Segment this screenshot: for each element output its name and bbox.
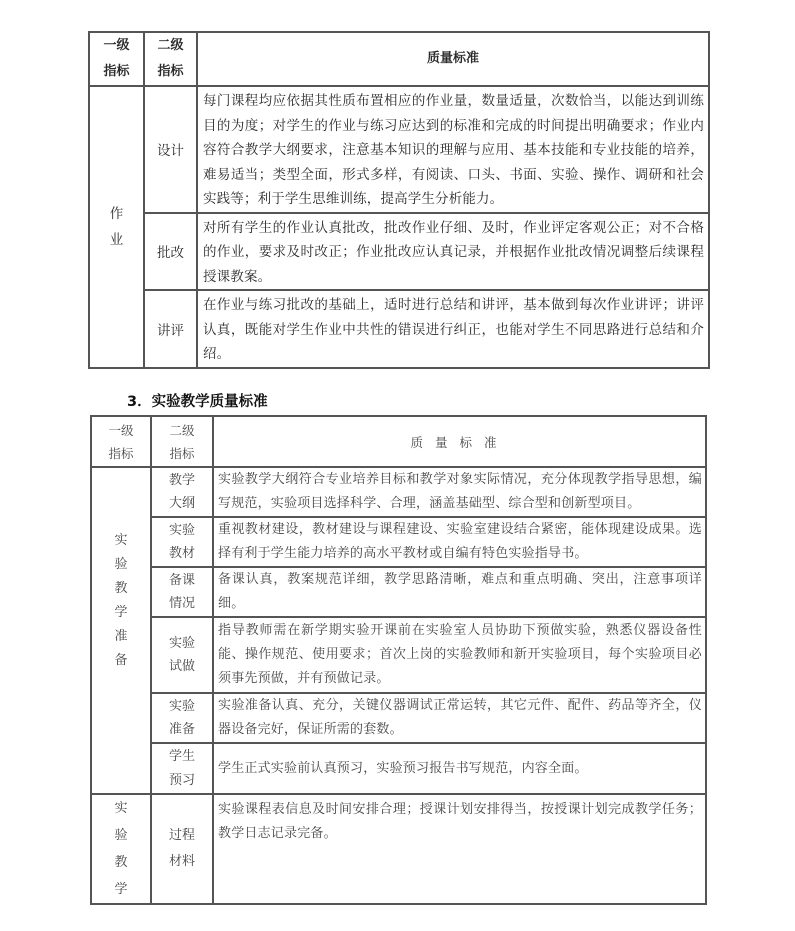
level2-cell: 备课 情况 [151, 567, 213, 617]
lab-teaching-standards-table: 一级 指标 二级 指标 质量标准 实 验 教 学 准 备 教学 大纲 实验教学大… [90, 415, 707, 905]
standard-cell: 实验课程表信息及时间安排合理；授课计划安排得当，按授课计划完成教学任务；教学日志… [213, 794, 706, 904]
standard-cell: 备课认真，教案规范详细，教学思路清晰，难点和重点明确、突出，注意事项详细。 [213, 567, 706, 617]
table-row: 备课 情况 备课认真，教案规范详细，教学思路清晰，难点和重点明确、突出，注意事项… [91, 567, 706, 617]
table-header-row: 一级 指标 二级 指标 质量标准 [89, 32, 709, 86]
level2-cell: 讲评 [144, 290, 197, 368]
standard-cell: 实验准备认真、充分，关键仪器调试正常运转，其它元件、配件、药品等齐全，仪器设备完… [213, 693, 706, 743]
table-row: 实 验 教 学 准 备 教学 大纲 实验教学大纲符合专业培养目标和教学对象实际情… [91, 467, 706, 517]
table-row: 实 验 教 学 过程 材料 实验课程表信息及时间安排合理；授课计划安排得当，按授… [91, 794, 706, 904]
header-level2: 二级 指标 [144, 32, 197, 86]
header-level1: 一级 指标 [89, 32, 144, 86]
table-row: 学生 预习 学生正式实验前认真预习，实验预习报告书写规范，内容全面。 [91, 743, 706, 794]
table-row: 作 业 设计 每门课程均应依据其性质布置相应的作业量，数量适量，次数恰当，以能达… [89, 86, 709, 213]
level2-cell: 实验 试做 [151, 617, 213, 693]
header-level2: 二级 指标 [151, 416, 213, 467]
table-row: 实验 准备 实验准备认真、充分，关键仪器调试正常运转，其它元件、配件、药品等齐全… [91, 693, 706, 743]
level1-cell: 作 业 [89, 86, 144, 368]
table-row: 实验 试做 指导教师需在新学期实验开课前在实验室人员协助下预做实验，熟悉仪器设备… [91, 617, 706, 693]
level2-cell: 实验 教材 [151, 517, 213, 567]
table-row: 讲评 在作业与练习批改的基础上，适时进行总结和讲评，基本做到每次作业讲评；讲评认… [89, 290, 709, 368]
standard-cell: 重视教材建设，教材建设与课程建设、实验室建设结合紧密，能体现建设成果。选择有利于… [213, 517, 706, 567]
standard-cell: 指导教师需在新学期实验开课前在实验室人员协助下预做实验，熟悉仪器设备性能、操作规… [213, 617, 706, 693]
standard-cell: 在作业与练习批改的基础上，适时进行总结和讲评，基本做到每次作业讲评；讲评认真，既… [197, 290, 709, 368]
standard-cell: 对所有学生的作业认真批改，批改作业仔细、及时，作业评定客观公正；对不合格的作业，… [197, 213, 709, 291]
level2-cell: 设计 [144, 86, 197, 213]
header-level1: 一级 指标 [91, 416, 151, 467]
level2-cell: 过程 材料 [151, 794, 213, 904]
level2-cell: 实验 准备 [151, 693, 213, 743]
table-row: 实验 教材 重视教材建设，教材建设与课程建设、实验室建设结合紧密，能体现建设成果… [91, 517, 706, 567]
level2-cell: 教学 大纲 [151, 467, 213, 517]
level1-cell: 实 验 教 学 [91, 794, 151, 904]
homework-standards-table: 一级 指标 二级 指标 质量标准 作 业 设计 每门课程均应依据其性质布置相应的… [88, 31, 710, 369]
level2-cell: 批改 [144, 213, 197, 291]
standard-cell: 学生正式实验前认真预习，实验预习报告书写规范，内容全面。 [213, 743, 706, 794]
header-standard: 质量标准 [213, 416, 706, 467]
standard-cell: 实验教学大纲符合专业培养目标和教学对象实际情况，充分体现教学指导思想，编写规范，… [213, 467, 706, 517]
header-standard: 质量标准 [197, 32, 709, 86]
table-row: 批改 对所有学生的作业认真批改，批改作业仔细、及时，作业评定客观公正；对不合格的… [89, 213, 709, 291]
section-heading: 3．实验教学质量标准 [127, 390, 268, 411]
standard-cell: 每门课程均应依据其性质布置相应的作业量，数量适量，次数恰当，以能达到训练目的为度… [197, 86, 709, 213]
table-header-row: 一级 指标 二级 指标 质量标准 [91, 416, 706, 467]
level2-cell: 学生 预习 [151, 743, 213, 794]
level1-cell: 实 验 教 学 准 备 [91, 467, 151, 794]
